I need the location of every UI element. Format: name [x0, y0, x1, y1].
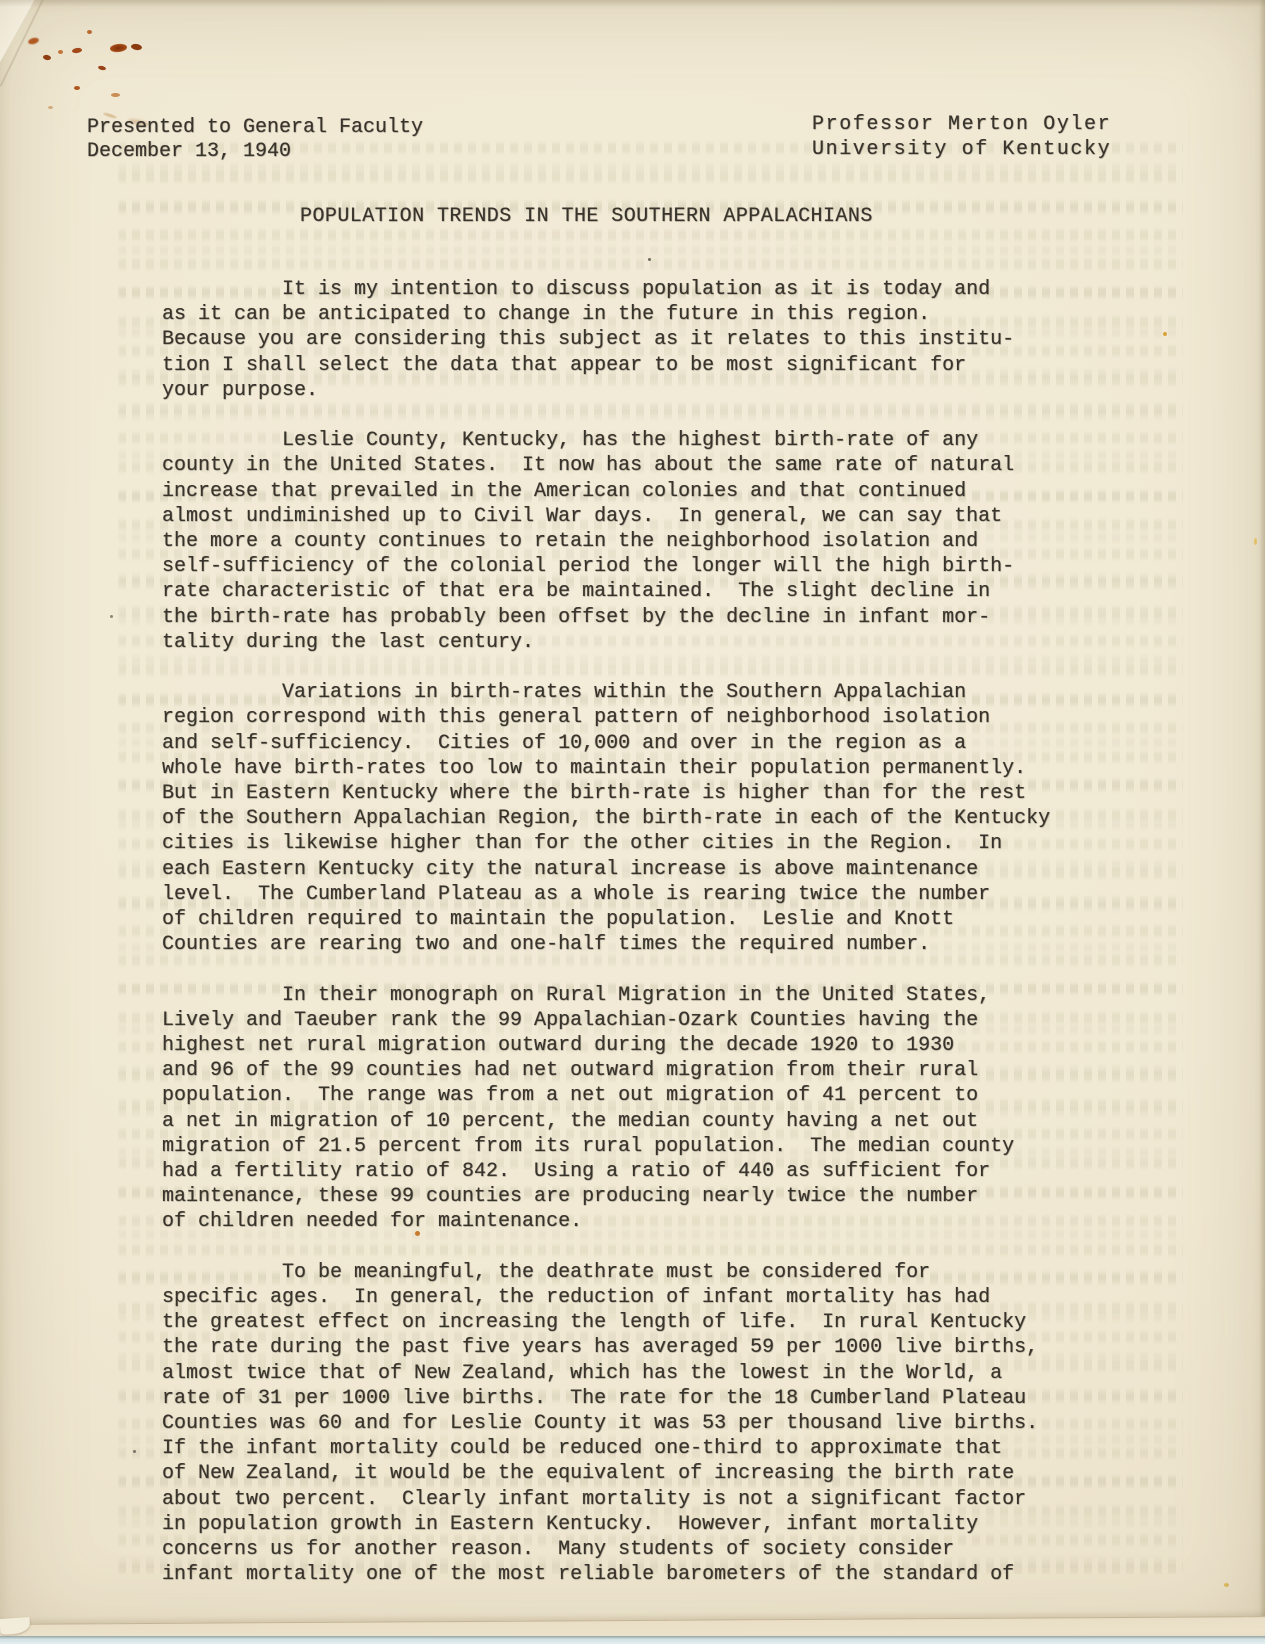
stray-ink-dot — [648, 258, 651, 261]
paragraph-leslie-county-birth-rate: Leslie County, Kentucky, has the highest… — [162, 428, 1050, 655]
scanner-background-strip — [0, 1636, 1265, 1644]
scan-right-shadow — [1259, 0, 1265, 1644]
paragraph-rural-migration: In their monograph on Rural Migration in… — [162, 983, 1050, 1235]
paragraph-birth-rate-variations: Variations in birth-rates within the Sou… — [162, 680, 1050, 957]
rust-stain-speck — [111, 93, 120, 97]
stray-stain-mark — [1163, 332, 1167, 336]
institution-line: University of Kentucky — [812, 137, 1111, 162]
rust-stain-speck — [48, 106, 53, 109]
scan-top-shadow — [0, 0, 1265, 7]
presentation-info: Presented to General Faculty December 13… — [87, 116, 423, 164]
presented-to-line: Presented to General Faculty — [87, 116, 423, 140]
author-info: Professor Merton Oyler University of Ken… — [812, 112, 1111, 162]
author-line: Professor Merton Oyler — [812, 112, 1111, 137]
rust-stain-speck — [98, 65, 107, 71]
rust-stain-speck — [74, 86, 80, 90]
document-body: It is my intention to discuss population… — [162, 277, 1050, 1613]
rust-stain-speck — [72, 47, 83, 53]
document-title: POPULATION TRENDS IN THE SOUTHERN APPALA… — [300, 205, 873, 228]
rust-stain-speck — [87, 30, 92, 34]
stray-stain-mark — [1254, 538, 1257, 545]
scanned-document-page: Presented to General Faculty December 13… — [0, 0, 1265, 1644]
rust-stain-speck — [110, 43, 128, 53]
rust-stain-speck — [58, 50, 63, 54]
stray-ink-dot — [110, 615, 113, 618]
rust-stain-speck — [43, 54, 52, 60]
paragraph-intro: It is my intention to discuss population… — [162, 277, 1050, 403]
stray-ink-dot — [133, 1450, 136, 1453]
stray-stain-mark — [1224, 1583, 1229, 1587]
date-line: December 13, 1940 — [87, 140, 423, 164]
rust-stain-speck — [131, 43, 143, 50]
paragraph-deathrate-infant-mortality: To be meaningful, the deathrate must be … — [162, 1260, 1050, 1588]
